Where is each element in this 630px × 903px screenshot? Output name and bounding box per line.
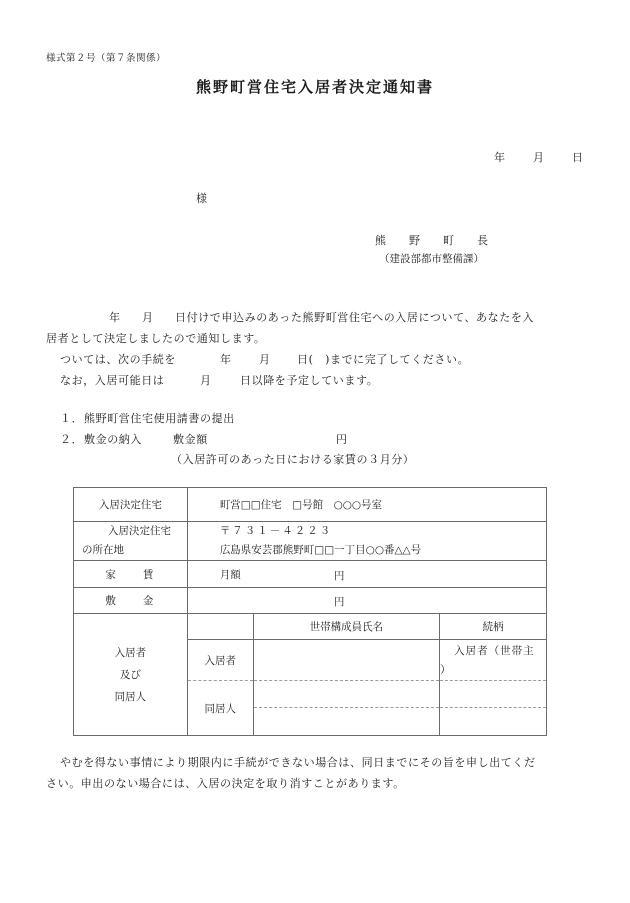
item-1-text: 熊野町営住宅使用請書の提出 [84,410,235,426]
date-year-label: 年 [494,149,505,165]
addressee-suffix: 様 [196,190,207,206]
p4-lead: なお，入居可能日は [60,372,164,388]
residents-label-line1: 入居者 [74,642,187,664]
postal-code: 〒７３１－４２２３ [220,522,546,541]
footer-line-1: やむを得ない事情により期限内に手続ができない場合は、同日までにその旨を申し出てく… [60,754,536,770]
rent-label: 家 賃 [105,569,155,581]
name-column-header: 世帯構成員氏名 [310,621,384,633]
value-cell: 円 [187,588,546,614]
housing-info-table: 入居決定住宅 町営□□住宅 □号館 ○○○号室 入居決定住宅 の所在地 〒７３１… [73,487,547,736]
value-cell: 月額 円 [187,561,546,588]
p1-month: 月 [142,309,154,325]
date-month-label: 月 [533,149,544,165]
label-cell: 入居決定住宅 の所在地 [74,522,188,561]
value-cell: 町営□□住宅 □号館 ○○○号室 [187,488,546,522]
form-number: 様式第２号（第７条関係） [46,50,166,64]
address-label-line2: の所在地 [82,541,187,560]
deposit-label: 敷 金 [105,595,155,607]
p4-month: 月 [200,372,212,388]
residents-label-line3: 同居人 [74,686,187,708]
label-cell: 入居決定住宅 [74,488,188,522]
cohabitant-relation-field-1[interactable] [440,681,547,708]
footer-line-2: さい。申出のない場合には、入居の決定を取り消すことがあります。 [46,775,405,791]
tenant-name-field[interactable] [253,640,440,681]
relation-column-header: 続柄 [483,621,504,633]
name-header-cell: 世帯構成員氏名 [253,614,440,640]
tenant-relation-line2: ） [440,661,546,680]
value-cell: 〒７３１－４２２３ 広島県安芸郡熊野町□□一丁目○○番△△号 [187,522,546,561]
address-value: 広島県安芸郡熊野町□□一丁目○○番△△号 [220,541,546,560]
sender-char-4: 長 [477,232,488,248]
cohabitant-role: 同居人 [204,703,236,715]
p1-year: 年 [109,309,121,325]
p4-tail: 日以降を予定しています。 [240,372,378,388]
residents-label-line2: 及び [74,664,187,686]
tenant-relation-line1: 入居者（世帯主 [440,642,546,661]
p2-text: 居者として決定しましたので通知します。 [46,330,266,346]
label-cell: 家 賃 [74,561,188,588]
cohabitant-name-field-1[interactable] [253,681,440,708]
table-row: 入居決定住宅 町営□□住宅 □号館 ○○○号室 [74,488,547,522]
document-title: 熊野町営住宅入居者決定通知書 [0,76,630,97]
p3-month: 月 [259,351,271,367]
housing-value: 町営□□住宅 □号館 ○○○号室 [220,499,382,511]
sender-char-1: 熊 [375,232,386,248]
sender-department: （建設部都市整備課） [379,251,484,266]
p3-lead: ついては、次の手続を [60,351,176,367]
residents-label-cell: 入居者 及び 同居人 [74,614,188,736]
empty-header-cell [187,614,253,640]
table-row: 入居決定住宅 の所在地 〒７３１－４２２３ 広島県安芸郡熊野町□□一丁目○○番△… [74,522,547,561]
role-cell: 同居人 [187,681,253,736]
rent-unit: 円 [334,568,345,583]
p3-year: 年 [220,351,232,367]
deposit-unit: 円 [334,594,345,609]
relation-header-cell: 続柄 [440,614,547,640]
item-2-text: 敷金の納入 [84,431,142,447]
date-day-label: 日 [572,149,583,165]
cohabitant-name-field-2[interactable] [253,708,440,736]
item-2-note: （入居許可のあった日における家賃の３月分） [171,451,415,467]
label-cell: 敷 金 [74,588,188,614]
address-label-line1: 入居決定住宅 [82,522,187,541]
table-row: 敷 金 円 [74,588,547,614]
housing-label: 入居決定住宅 [99,499,162,511]
tenant-role: 入居者 [204,655,236,667]
tenant-relation-cell: 入居者（世帯主 ） [440,640,547,681]
role-cell: 入居者 [187,640,253,681]
item-1-number: １． [60,410,83,426]
cohabitant-relation-field-2[interactable] [440,708,547,736]
item-2-deposit-label: 敷金額 [173,431,208,447]
sender-char-3: 町 [443,232,454,248]
p1-text: 日付けで申込みのあった熊野町営住宅への入居について、あなたを入 [175,309,534,325]
table-row: 家 賃 月額 円 [74,561,547,588]
item-2-unit: 円 [336,431,348,447]
rent-prefix: 月額 [220,569,241,581]
table-row: 入居者 及び 同居人 世帯構成員氏名 続柄 [74,614,547,640]
item-2-number: ２． [60,431,83,447]
p3-tail: 日( )までに完了してください。 [297,351,469,367]
sender-char-2: 野 [409,232,420,248]
